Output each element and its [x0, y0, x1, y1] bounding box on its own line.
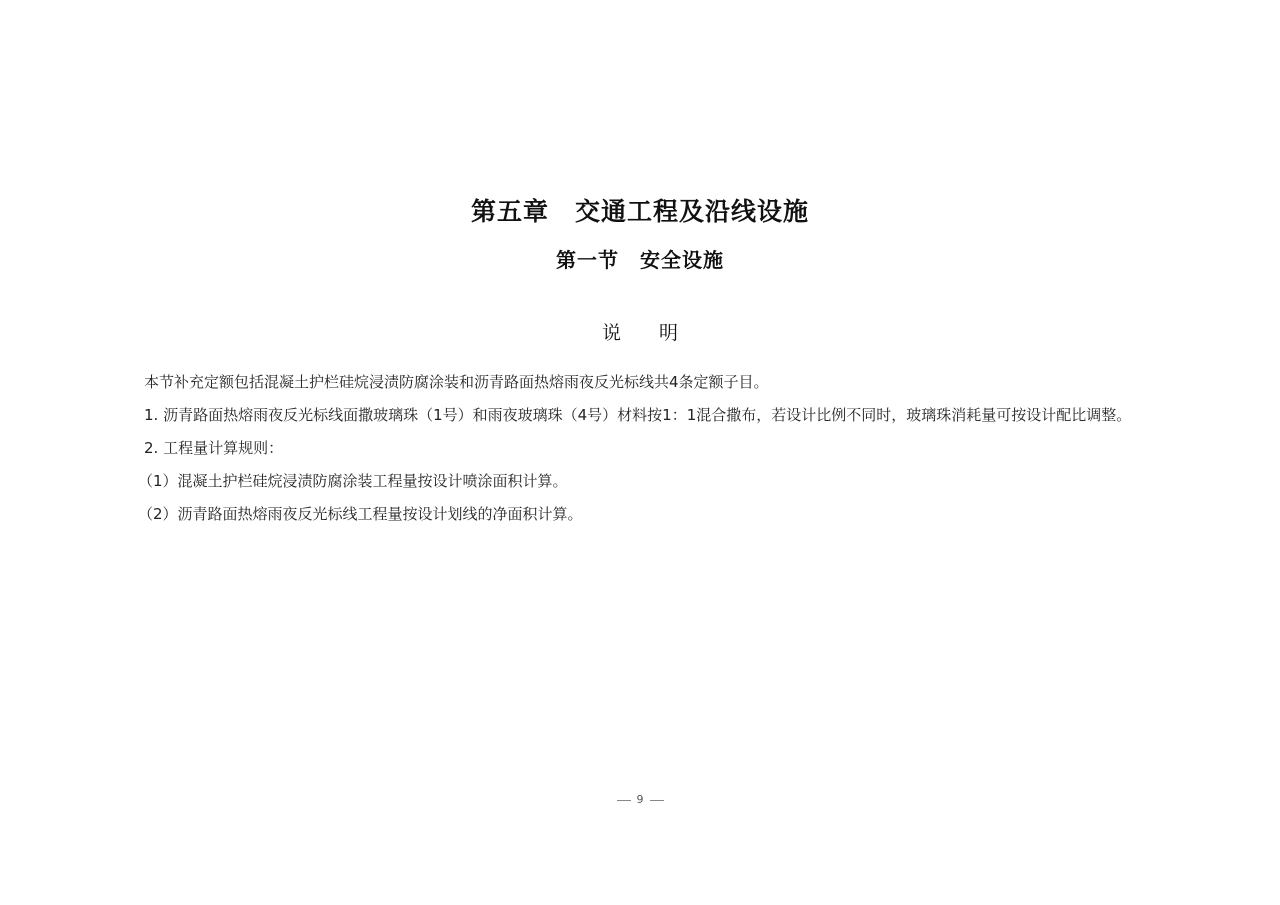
rule-item-2: 2. 工程量计算规则： [120, 432, 1165, 465]
page-number: 9 [637, 793, 644, 806]
footer-dash-left [617, 800, 631, 801]
footer-dash-right [650, 800, 664, 801]
document-body: 本节补充定额包括混凝土护栏硅烷浸渍防腐涂装和沥青路面热熔雨夜反光标线共4条定额子… [120, 366, 1165, 531]
rule-item-2-sub-1: （1）混凝土护栏硅烷浸渍防腐涂装工程量按设计喷涂面积计算。 [120, 465, 1165, 498]
document-page: 第五章 交通工程及沿线设施 第一节 安全设施 说 明 本节补充定额包括混凝土护栏… [0, 0, 1280, 905]
section-title: 第一节 安全设施 [0, 244, 1280, 273]
explanation-heading: 说 明 [0, 318, 1280, 345]
page-footer: 9 [0, 793, 1280, 806]
chapter-title: 第五章 交通工程及沿线设施 [0, 192, 1280, 228]
rule-item-1: 1. 沥青路面热熔雨夜反光标线面撒玻璃珠（1号）和雨夜玻璃珠（4号）材料按1：1… [120, 399, 1165, 432]
intro-paragraph: 本节补充定额包括混凝土护栏硅烷浸渍防腐涂装和沥青路面热熔雨夜反光标线共4条定额子… [120, 366, 1165, 399]
rule-item-2-sub-2: （2）沥青路面热熔雨夜反光标线工程量按设计划线的净面积计算。 [120, 498, 1165, 531]
